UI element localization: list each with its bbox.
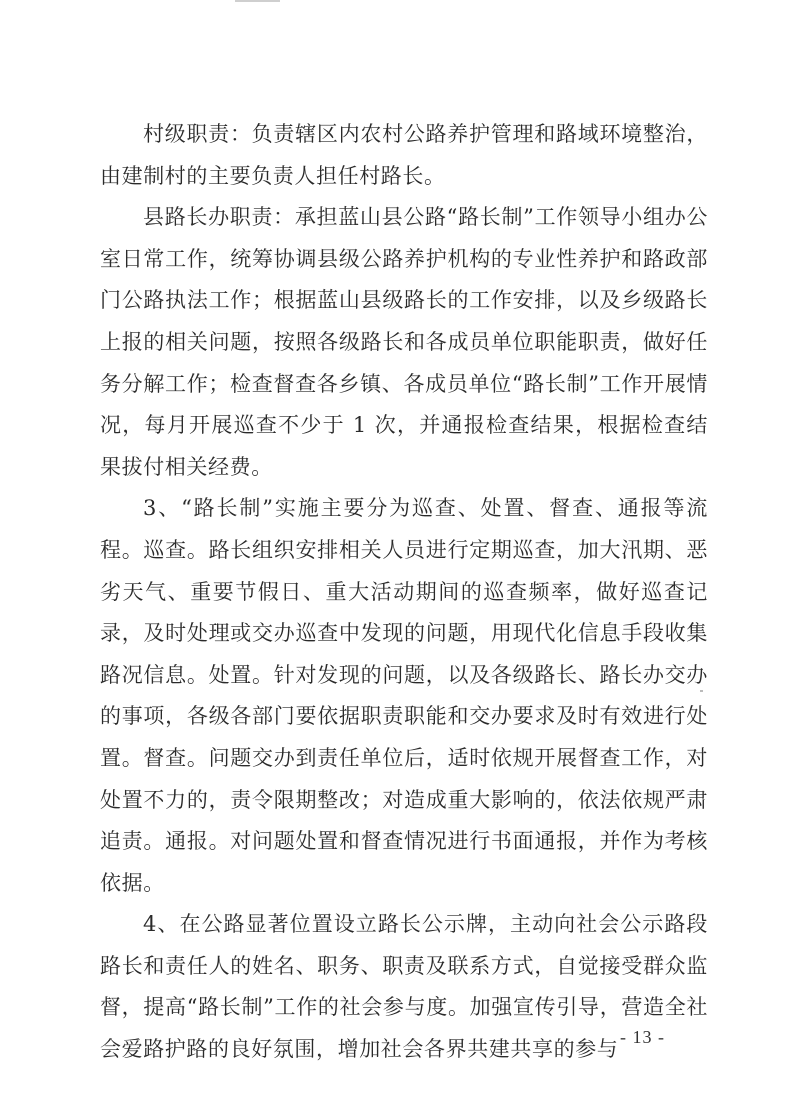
paragraph-village-duties: 村级职责：负责辖区内农村公路养护管理和路域环境整治，由建制村的主要负责人担任村路… bbox=[100, 114, 708, 197]
scan-artifact bbox=[700, 690, 703, 692]
page-number: - 13 - bbox=[620, 1027, 665, 1048]
paragraph-county-office-duties: 县路长办职责：承担蓝山县公路“路长制”工作领导小组办公室日常工作，统筹协调县级公… bbox=[100, 197, 708, 488]
paragraph-public-notice: 4、在公路显著位置设立路长公示牌，主动向社会公示路段路长和责任人的姓名、职务、职… bbox=[100, 904, 708, 1070]
paragraph-implementation-process: 3、“路长制”实施主要分为巡查、处置、督查、通报等流程。巡查。路长组织安排相关人… bbox=[100, 488, 708, 904]
document-body: 村级职责：负责辖区内农村公路养护管理和路域环境整治，由建制村的主要负责人担任村路… bbox=[100, 114, 708, 1071]
scan-artifact bbox=[235, 0, 280, 2]
